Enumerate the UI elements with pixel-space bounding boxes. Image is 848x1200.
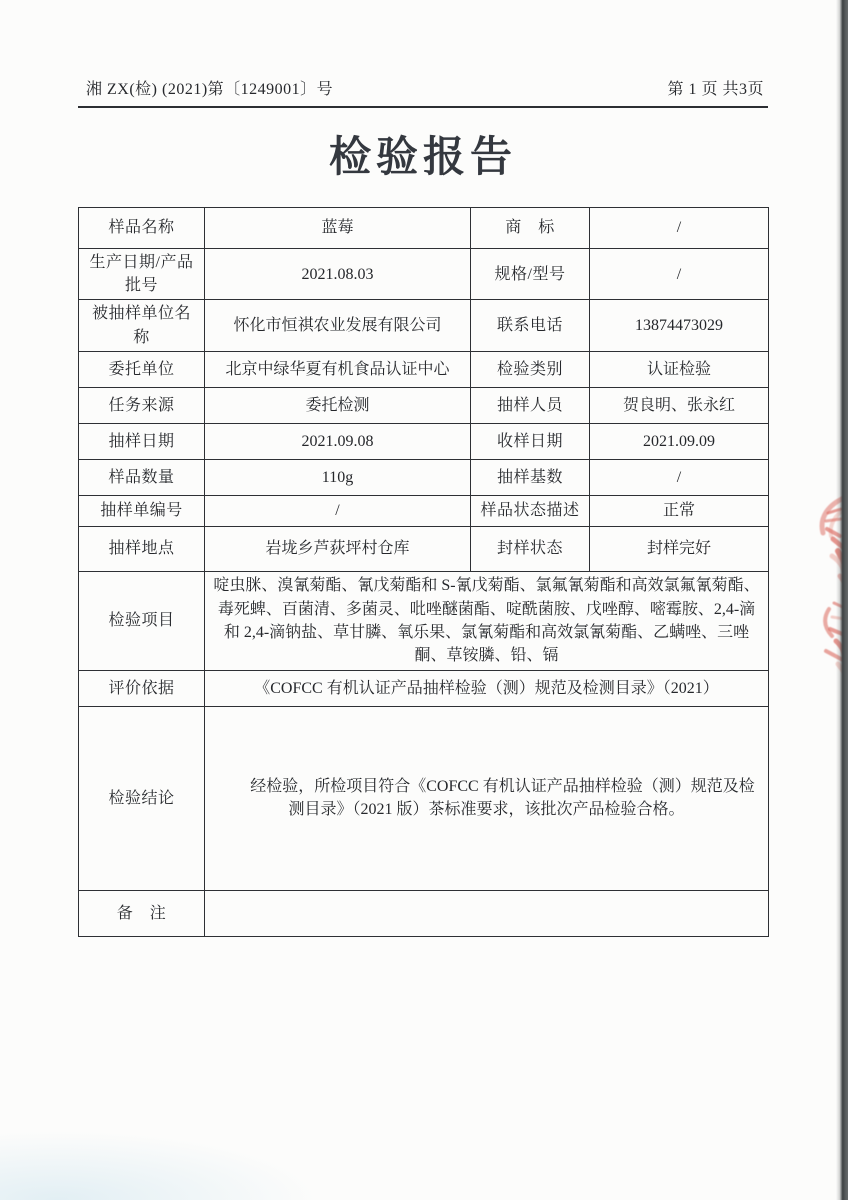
field-label: 任务来源	[79, 387, 205, 423]
table-row-remarks: 备 注	[79, 890, 769, 936]
table-row: 任务来源 委托检测 抽样人员 贺良明、张永红	[79, 387, 769, 423]
table-row: 抽样单编号 / 样品状态描述 正常	[79, 495, 769, 526]
field-label: 样品名称	[79, 208, 205, 249]
field-label: 联系电话	[471, 300, 590, 351]
remarks-value	[205, 890, 769, 936]
field-value: /	[590, 249, 769, 300]
table-row: 生产日期/产品批号 2021.08.03 规格/型号 /	[79, 249, 769, 300]
field-label: 检验结论	[79, 706, 205, 890]
field-label: 抽样地点	[79, 526, 205, 571]
field-label: 样品状态描述	[471, 495, 590, 526]
page-indicator: 第 1 页 共3页	[667, 76, 764, 99]
field-value: 封样完好	[590, 526, 769, 571]
field-value: 2021.08.03	[205, 249, 471, 300]
report-content: 湘 ZX(检) (2021)第〔1249001〕号 第 1 页 共3页 检验报告…	[78, 0, 768, 937]
field-value: /	[205, 495, 471, 526]
field-label: 抽样单编号	[79, 495, 205, 526]
field-label: 抽样日期	[79, 423, 205, 459]
table-row-evaluation-basis: 评价依据 《COFCC 有机认证产品抽样检验（测）规范及检测目录》（2021）	[79, 670, 769, 706]
field-label: 抽样基数	[471, 459, 590, 495]
field-label: 样品数量	[79, 459, 205, 495]
field-label: 商 标	[471, 208, 590, 249]
field-label: 收样日期	[471, 423, 590, 459]
field-value: 岩垅乡芦荻坪村仓库	[205, 526, 471, 571]
scan-tint	[0, 1130, 320, 1200]
field-label: 评价依据	[79, 670, 205, 706]
field-value: 认证检验	[590, 351, 769, 387]
table-row-test-items: 检验项目 啶虫脒、溴氰菊酯、氰戊菊酯和 S-氰戊菊酯、氯氟氰菊酯和高效氯氟氰菊酯…	[79, 571, 769, 670]
document-number: 湘 ZX(检) (2021)第〔1249001〕号	[86, 76, 333, 99]
field-value: 委托检测	[205, 387, 471, 423]
document-header: 湘 ZX(检) (2021)第〔1249001〕号 第 1 页 共3页	[78, 76, 768, 108]
table-row-conclusion: 检验结论 经检验，所检项目符合《COFCC 有机认证产品抽样检验（测）规范及检测…	[79, 706, 769, 890]
report-title: 检验报告	[78, 124, 768, 184]
field-value: 怀化市恒祺农业发展有限公司	[205, 300, 471, 351]
field-label: 检验项目	[79, 571, 205, 670]
field-label: 检验类别	[471, 351, 590, 387]
table-row: 样品数量 110g 抽样基数 /	[79, 459, 769, 495]
field-value: 2021.09.09	[590, 423, 769, 459]
table-row: 被抽样单位名称 怀化市恒祺农业发展有限公司 联系电话 13874473029	[79, 300, 769, 351]
field-label: 抽样人员	[471, 387, 590, 423]
report-page: 湘 ZX(检) (2021)第〔1249001〕号 第 1 页 共3页 检验报告…	[0, 0, 848, 1200]
field-value: 北京中绿华夏有机食品认证中心	[205, 351, 471, 387]
field-value: /	[590, 208, 769, 249]
field-value: 2021.09.08	[205, 423, 471, 459]
table-row: 抽样地点 岩垅乡芦荻坪村仓库 封样状态 封样完好	[79, 526, 769, 571]
field-value: /	[590, 459, 769, 495]
field-label: 生产日期/产品批号	[79, 249, 205, 300]
table-row: 样品名称 蓝莓 商 标 /	[79, 208, 769, 249]
field-value: 110g	[205, 459, 471, 495]
test-items-value: 啶虫脒、溴氰菊酯、氰戊菊酯和 S-氰戊菊酯、氯氟氰菊酯和高效氯氟氰菊酯、毒死蜱、…	[205, 571, 769, 670]
field-label: 备 注	[79, 890, 205, 936]
table-row: 抽样日期 2021.09.08 收样日期 2021.09.09	[79, 423, 769, 459]
evaluation-basis-value: 《COFCC 有机认证产品抽样检验（测）规范及检测目录》（2021）	[205, 670, 769, 706]
field-value: 正常	[590, 495, 769, 526]
field-label: 被抽样单位名称	[79, 300, 205, 351]
field-value: 蓝莓	[205, 208, 471, 249]
field-value: 13874473029	[590, 300, 769, 351]
field-value: 贺良明、张永红	[590, 387, 769, 423]
field-label: 封样状态	[471, 526, 590, 571]
field-label: 委托单位	[79, 351, 205, 387]
scan-edge	[836, 0, 848, 1200]
table-row: 委托单位 北京中绿华夏有机食品认证中心 检验类别 认证检验	[79, 351, 769, 387]
report-table: 样品名称 蓝莓 商 标 / 生产日期/产品批号 2021.08.03 规格/型号…	[78, 207, 769, 937]
field-label: 规格/型号	[471, 249, 590, 300]
conclusion-value: 经检验，所检项目符合《COFCC 有机认证产品抽样检验（测）规范及检测目录》（2…	[205, 706, 769, 890]
